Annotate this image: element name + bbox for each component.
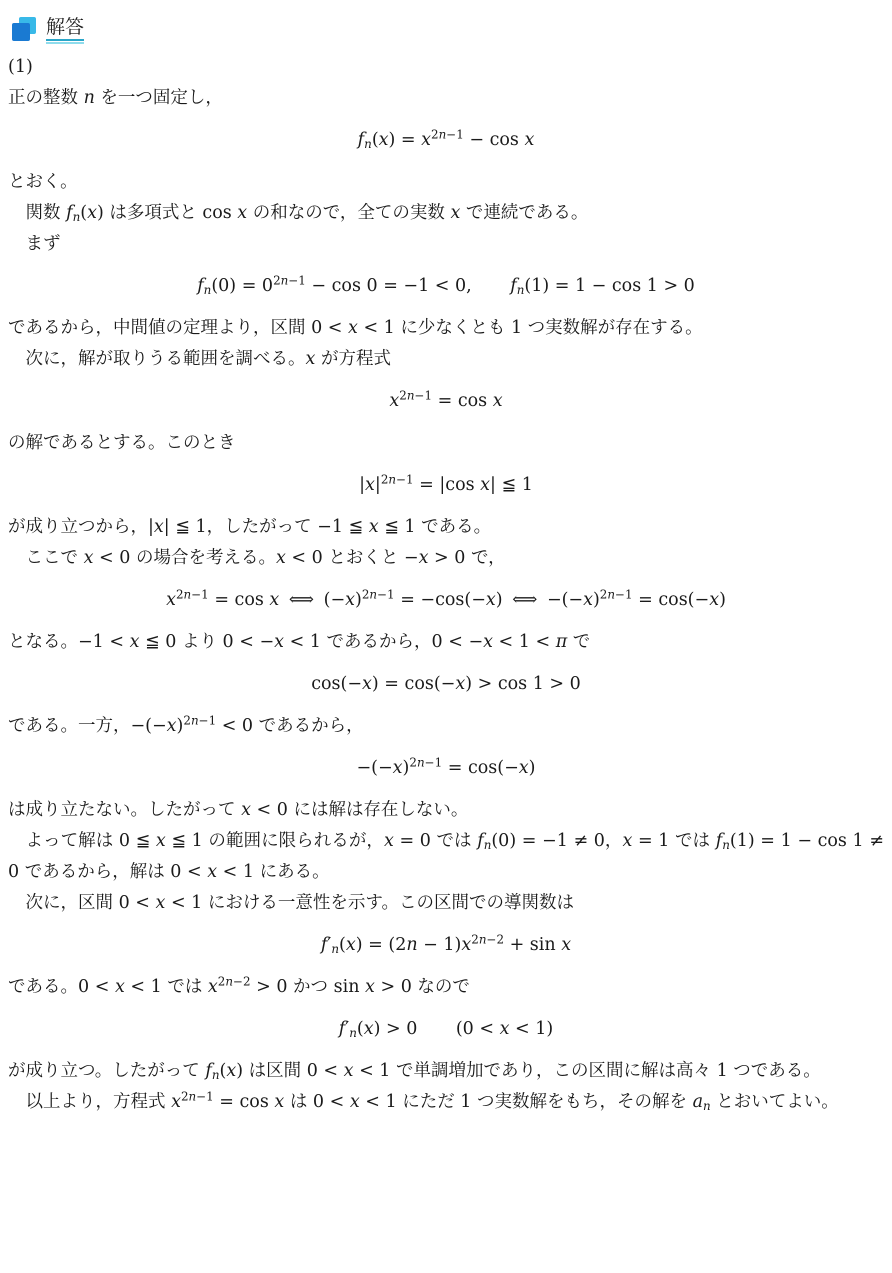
- title-underline-top: [46, 39, 84, 41]
- math-roman: 1: [717, 1061, 728, 1081]
- math-roman: 1: [460, 1092, 471, 1112]
- math-var: x: [344, 1061, 354, 1081]
- math-var: x: [226, 1061, 236, 1081]
- math-roman: > 0: [428, 548, 465, 568]
- math-roman: (: [372, 130, 379, 150]
- math-var: x: [87, 203, 97, 223]
- math-roman: −1: [196, 1089, 214, 1103]
- text-line: 次に，区間 0 < x < 1 における一意性を示す。この区間での導関数は: [8, 888, 884, 919]
- math-var: x: [450, 203, 460, 223]
- math-var: x: [306, 349, 316, 369]
- math-var: n: [722, 838, 730, 852]
- text-line: 次に，解が取りうる範囲を調べる。x が方程式: [8, 344, 884, 375]
- text-line: である。一方，−(−x)2n−1 < 0 であるから，: [8, 711, 884, 742]
- math-roman: = 1: [632, 831, 669, 851]
- superscript: 2n−1: [409, 755, 442, 769]
- math-var: x: [493, 391, 503, 411]
- math-roman: 2: [399, 388, 407, 402]
- text-line: である。0 < x < 1 では x2n−2 > 0 かつ sin x > 0 …: [8, 972, 884, 1003]
- math-roman: | ≦ 1: [490, 475, 533, 495]
- math-var: x: [241, 800, 251, 820]
- math-var: x: [419, 548, 429, 568]
- text-run: であるから，解は: [19, 862, 170, 882]
- math-roman: = |cos: [414, 475, 481, 495]
- text-line: 関数 fn(x) は多項式と cos x の和なので，全ての実数 x で連続であ…: [8, 198, 884, 229]
- math-roman: −(−: [131, 716, 167, 736]
- math-roman: 0 <: [119, 893, 156, 913]
- math-var: n: [331, 942, 339, 956]
- math-roman: cos: [202, 203, 237, 223]
- text-run: ここで: [26, 548, 84, 568]
- math-var: x: [84, 548, 94, 568]
- text-run: つである。: [728, 1061, 821, 1081]
- text-line: の解であるとする。このとき: [8, 428, 884, 459]
- math-roman: < 1 <: [493, 632, 556, 652]
- math-roman: − 1): [418, 935, 462, 955]
- math-roman: (: [339, 935, 346, 955]
- math-roman: ) = cos(−: [372, 674, 455, 694]
- math-roman: (0) = −1 ≠ 0: [491, 831, 605, 851]
- math-var: x: [384, 831, 394, 851]
- math-roman: = cos(−: [442, 758, 519, 778]
- text-run: にただ: [397, 1092, 461, 1112]
- superscript: 2n−2: [218, 974, 251, 988]
- text-run: 以上より，方程式: [26, 1092, 172, 1112]
- text-run: よって解は: [26, 831, 119, 851]
- superscript: 2n−1: [181, 1089, 214, 1103]
- math-var: x: [208, 977, 218, 997]
- text-run: つ実数解をもち，その解を: [471, 1092, 692, 1112]
- math-var: x: [583, 590, 593, 610]
- superscript: 2n−1: [176, 587, 209, 601]
- math-roman: | ≦ 1: [164, 517, 207, 537]
- math-roman: cos(−: [311, 674, 362, 694]
- math-var: x: [348, 318, 358, 338]
- math-roman: −: [404, 548, 419, 568]
- superscript: 2n−1: [381, 472, 414, 486]
- text-run: は成り立たない。したがって: [8, 800, 241, 820]
- math-var: x: [350, 1092, 360, 1112]
- math-roman: ) > 0: [374, 1019, 418, 1039]
- superscript: 2n−1: [431, 127, 464, 141]
- math-roman: ⟺: [289, 590, 314, 610]
- math-roman: ): [97, 203, 104, 223]
- superscript: 2n−1: [273, 273, 306, 287]
- text-run: にある。: [254, 862, 330, 882]
- text-run: 正の整数: [8, 88, 84, 108]
- superscript: 2n−1: [362, 587, 395, 601]
- math-var: n: [407, 388, 415, 402]
- square-front: [12, 23, 30, 41]
- math-roman: 2: [431, 127, 439, 141]
- math-roman: −1: [191, 587, 209, 601]
- text-run: の解であるとする。このとき: [8, 433, 236, 453]
- math-var: n: [212, 1068, 220, 1082]
- math-roman: (1): [8, 57, 33, 77]
- text-line: とおく。: [8, 167, 884, 198]
- text-run: の場合を考える。: [130, 548, 276, 568]
- text-line: 以上より，方程式 x2n−1 = cos x は 0 < x < 1 にただ 1…: [8, 1087, 884, 1118]
- math-display: f′n(x) > 0(0 < x < 1): [8, 1014, 884, 1045]
- math-var: x: [486, 590, 496, 610]
- subscript: n: [349, 1026, 357, 1040]
- math-roman: (1) = 1 − cos 1 > 0: [524, 276, 694, 296]
- math-display: x2n−1 = cos x⟺(−x)2n−1 = −cos(−x)⟺−(−x)2…: [8, 585, 884, 616]
- math-roman: −1: [288, 273, 306, 287]
- math-roman: ≦ 1: [166, 831, 203, 851]
- math-roman: − cos 0 = −1 < 0,: [306, 276, 472, 296]
- section-title: 解答: [46, 15, 84, 44]
- superscript: 2n−1: [399, 388, 432, 402]
- solution-page: 解答 (1)正の整数 n を一つ固定し，fn(x) = x2n−1 − cos …: [0, 0, 892, 1273]
- math-roman: −2: [486, 932, 504, 946]
- math-var: n: [607, 587, 615, 601]
- math-roman: −1: [615, 587, 633, 601]
- math-var: n: [417, 755, 425, 769]
- math-roman: 2: [183, 713, 191, 727]
- math-var: x: [166, 590, 176, 610]
- math-roman: 0 < −: [432, 632, 484, 652]
- text-run: であるから，中間値の定理より，区間: [8, 318, 311, 338]
- text-run: である。一方，: [8, 716, 131, 736]
- text-run: まず: [26, 234, 61, 254]
- math-roman: ) =: [389, 130, 422, 150]
- math-var: n: [364, 137, 372, 151]
- math-var: x: [421, 130, 431, 150]
- math-roman: 2: [409, 755, 417, 769]
- text-line: が成り立つから，|x| ≦ 1，したがって −1 ≦ x ≦ 1 である。: [8, 512, 884, 543]
- math-var: a: [693, 1092, 703, 1112]
- text-run: は: [284, 1092, 313, 1112]
- math-roman: (−: [324, 590, 346, 610]
- math-roman: 0 <: [311, 318, 348, 338]
- math-var: n: [406, 935, 417, 955]
- text-run: とおく。: [8, 172, 78, 192]
- text-run: で，: [465, 548, 505, 568]
- math-var: x: [709, 590, 719, 610]
- math-var: x: [364, 1019, 374, 1039]
- text-line: 正の整数 n を一つ固定し，: [8, 83, 884, 114]
- math-var: x: [237, 203, 247, 223]
- text-run: 次に，解が取りうる範囲を調べる。: [26, 349, 306, 369]
- math-var: x: [500, 1019, 510, 1039]
- subscript: n: [331, 942, 339, 956]
- text-run: には解は存在しない。: [288, 800, 469, 820]
- math-roman: (0 <: [456, 1019, 500, 1039]
- text-run: は区間: [243, 1061, 307, 1081]
- math-var: x: [480, 475, 490, 495]
- math-var: x: [379, 130, 389, 150]
- math-roman: ): [593, 590, 600, 610]
- math-var: x: [365, 977, 375, 997]
- math-roman: < 1: [284, 632, 321, 652]
- text-run: は多項式と: [104, 203, 203, 223]
- math-roman: 2: [176, 587, 184, 601]
- math-roman: ): [355, 590, 362, 610]
- math-roman: −1 ≦: [317, 517, 369, 537]
- math-roman: −1: [415, 388, 433, 402]
- text-run: が成り立つ。したがって: [8, 1061, 205, 1081]
- text-line: は成り立たない。したがって x < 0 には解は存在しない。: [8, 795, 884, 826]
- math-var: x: [362, 674, 372, 694]
- math-roman: = 0: [394, 831, 431, 851]
- math-roman: 0 ≦: [119, 831, 156, 851]
- math-var: x: [207, 862, 217, 882]
- text-run: より: [176, 632, 222, 652]
- math-var: x: [130, 632, 140, 652]
- text-line: ここで x < 0 の場合を考える。x < 0 とおくと −x > 0 で，: [8, 543, 884, 574]
- text-run: であるから，: [321, 632, 432, 652]
- math-var: x: [461, 935, 471, 955]
- math-var: x: [346, 935, 356, 955]
- math-roman: −(−: [547, 590, 583, 610]
- text-run: である。: [416, 517, 492, 537]
- title-underline-bottom: [46, 42, 84, 44]
- math-var: n: [388, 472, 396, 486]
- math-roman: 1: [511, 318, 522, 338]
- math-var: x: [274, 632, 284, 652]
- text-run: ，したがって: [207, 517, 318, 537]
- math-display: x2n−1 = cos x: [8, 386, 884, 417]
- math-roman: < 1: [360, 1092, 397, 1112]
- math-roman: < 1: [165, 893, 202, 913]
- math-roman: −1 <: [78, 632, 130, 652]
- math-roman: < 1: [354, 1061, 391, 1081]
- math-var: x: [455, 674, 465, 694]
- math-var: x: [154, 517, 164, 537]
- math-roman: (0) = 0: [211, 276, 273, 296]
- math-roman: −1: [396, 472, 414, 486]
- math-roman: + sin: [504, 935, 561, 955]
- math-roman: 0 <: [78, 977, 115, 997]
- math-var: x: [156, 831, 166, 851]
- math-roman: 0 < −: [223, 632, 275, 652]
- math-roman: < 0: [216, 716, 253, 736]
- math-roman: < 1): [509, 1019, 553, 1039]
- math-roman: < 1: [125, 977, 162, 997]
- math-roman: 2: [273, 273, 281, 287]
- math-roman: < 0: [251, 800, 288, 820]
- math-var: x: [389, 391, 399, 411]
- math-roman: < 1: [217, 862, 254, 882]
- superscript: 2n−1: [183, 713, 216, 727]
- math-var: x: [269, 590, 279, 610]
- subscript: n: [722, 838, 730, 852]
- math-var: x: [365, 475, 375, 495]
- math-roman: > 0: [251, 977, 288, 997]
- text-run: に少なくとも: [395, 318, 511, 338]
- math-var: x: [524, 130, 534, 150]
- section-title-text: 解答: [46, 16, 84, 38]
- text-run: の和なので，全ての実数: [247, 203, 450, 223]
- text-line: が成り立つ。したがって fn(x) は区間 0 < x < 1 で単調増加であり…: [8, 1056, 884, 1087]
- math-roman: −1: [446, 127, 464, 141]
- math-var: x: [167, 716, 177, 736]
- math-var: x: [276, 548, 286, 568]
- text-run: つ実数解が存在する。: [522, 318, 703, 338]
- subscript: n: [703, 1099, 711, 1113]
- text-run: で: [567, 632, 590, 652]
- math-roman: ): [529, 758, 536, 778]
- document-body: (1)正の整数 n を一つ固定し，fn(x) = x2n−1 − cos xとお…: [8, 52, 884, 1118]
- text-run: では: [162, 977, 208, 997]
- math-roman: ) = (2: [356, 935, 407, 955]
- math-roman: −(−: [357, 758, 393, 778]
- math-roman: = cos: [214, 1092, 275, 1112]
- text-line: (1): [8, 52, 884, 83]
- math-roman: < 0: [286, 548, 323, 568]
- text-run: である。: [8, 977, 78, 997]
- math-display: f′n(x) = (2n − 1)x2n−2 + sin x: [8, 930, 884, 961]
- math-roman: = −cos(−: [395, 590, 486, 610]
- math-var: x: [622, 831, 632, 851]
- text-run: なので: [412, 977, 470, 997]
- subscript: n: [364, 137, 372, 151]
- math-var: x: [115, 977, 125, 997]
- text-line: であるから，中間値の定理より，区間 0 < x < 1 に少なくとも 1 つ実数…: [8, 313, 884, 344]
- text-run: ，: [605, 831, 623, 851]
- math-roman: 0 <: [170, 862, 207, 882]
- math-display: |x|2n−1 = |cos x| ≦ 1: [8, 470, 884, 501]
- math-var: x: [393, 758, 403, 778]
- math-roman: = cos(−: [633, 590, 710, 610]
- math-roman: −1: [377, 587, 395, 601]
- math-var: x: [369, 517, 379, 537]
- math-roman: ≦ 1: [379, 517, 416, 537]
- math-var: x: [171, 1092, 181, 1112]
- text-run: とおいてよい。: [711, 1092, 839, 1112]
- subscript: n: [212, 1068, 220, 1082]
- text-line: まず: [8, 229, 884, 260]
- math-roman: 0 <: [313, 1092, 350, 1112]
- text-run: 次に，区間: [26, 893, 119, 913]
- text-line: となる。−1 < x ≦ 0 より 0 < −x < 1 であるから，0 < −…: [8, 627, 884, 658]
- math-roman: 2: [181, 1089, 189, 1103]
- text-run: では: [669, 831, 715, 851]
- text-run: が方程式: [315, 349, 391, 369]
- math-var: n: [191, 713, 199, 727]
- math-var: n: [84, 88, 95, 108]
- text-run: とおくと: [323, 548, 404, 568]
- math-var: x: [483, 632, 493, 652]
- text-run: で単調増加であり，この区間に解は高々: [390, 1061, 716, 1081]
- section-header: 解答: [12, 14, 884, 44]
- math-var: x: [345, 590, 355, 610]
- math-roman: = cos: [209, 590, 270, 610]
- math-var: n: [369, 587, 377, 601]
- text-run: では: [431, 831, 477, 851]
- math-roman: ≦ 0: [139, 632, 176, 652]
- math-roman: = cos: [432, 391, 493, 411]
- text-line: よって解は 0 ≦ x ≦ 1 の範囲に限られるが，x = 0 では fn(0)…: [8, 826, 884, 888]
- math-roman: −1: [425, 755, 443, 769]
- math-var: x: [156, 893, 166, 913]
- math-roman: ): [719, 590, 726, 610]
- math-display: cos(−x) = cos(−x) > cos 1 > 0: [8, 669, 884, 700]
- text-run: が成り立つから，: [8, 517, 148, 537]
- math-var: n: [225, 974, 233, 988]
- math-display: fn(0) = 02n−1 − cos 0 = −1 < 0,fn(1) = 1…: [8, 271, 884, 302]
- text-run: で連続である。: [460, 203, 588, 223]
- math-roman: 0 <: [307, 1061, 344, 1081]
- math-roman: < 0: [93, 548, 130, 568]
- math-roman: −2: [233, 974, 251, 988]
- overlapping-squares-icon: [12, 17, 36, 41]
- math-display: fn(x) = x2n−1 − cos x: [8, 125, 884, 156]
- math-roman: − cos: [464, 130, 525, 150]
- math-roman: sin: [334, 977, 365, 997]
- math-roman: (: [357, 1019, 364, 1039]
- math-var: x: [274, 1092, 284, 1112]
- text-run: の範囲に限られるが，: [203, 831, 384, 851]
- math-roman: 2: [471, 932, 479, 946]
- math-roman: ) > cos 1 > 0: [465, 674, 581, 694]
- math-roman: ⟺: [512, 590, 537, 610]
- text-run: における一意性を示す。この区間での導関数は: [202, 893, 574, 913]
- math-var: x: [561, 935, 571, 955]
- math-var: n: [703, 1099, 711, 1113]
- math-roman: −1: [199, 713, 217, 727]
- math-var: x: [519, 758, 529, 778]
- text-run: かつ: [287, 977, 333, 997]
- math-var: n: [349, 1026, 357, 1040]
- math-display: −(−x)2n−1 = cos(−x): [8, 753, 884, 784]
- text-run: を一つ固定し，: [95, 88, 223, 108]
- text-run: であるから，: [253, 716, 364, 736]
- math-roman: > 0: [375, 977, 412, 997]
- math-roman: ): [496, 590, 503, 610]
- text-run: となる。: [8, 632, 78, 652]
- superscript: 2n−1: [600, 587, 633, 601]
- text-run: 関数: [26, 203, 67, 223]
- math-roman: < 1: [358, 318, 395, 338]
- superscript: 2n−2: [471, 932, 504, 946]
- math-var: π: [556, 632, 568, 652]
